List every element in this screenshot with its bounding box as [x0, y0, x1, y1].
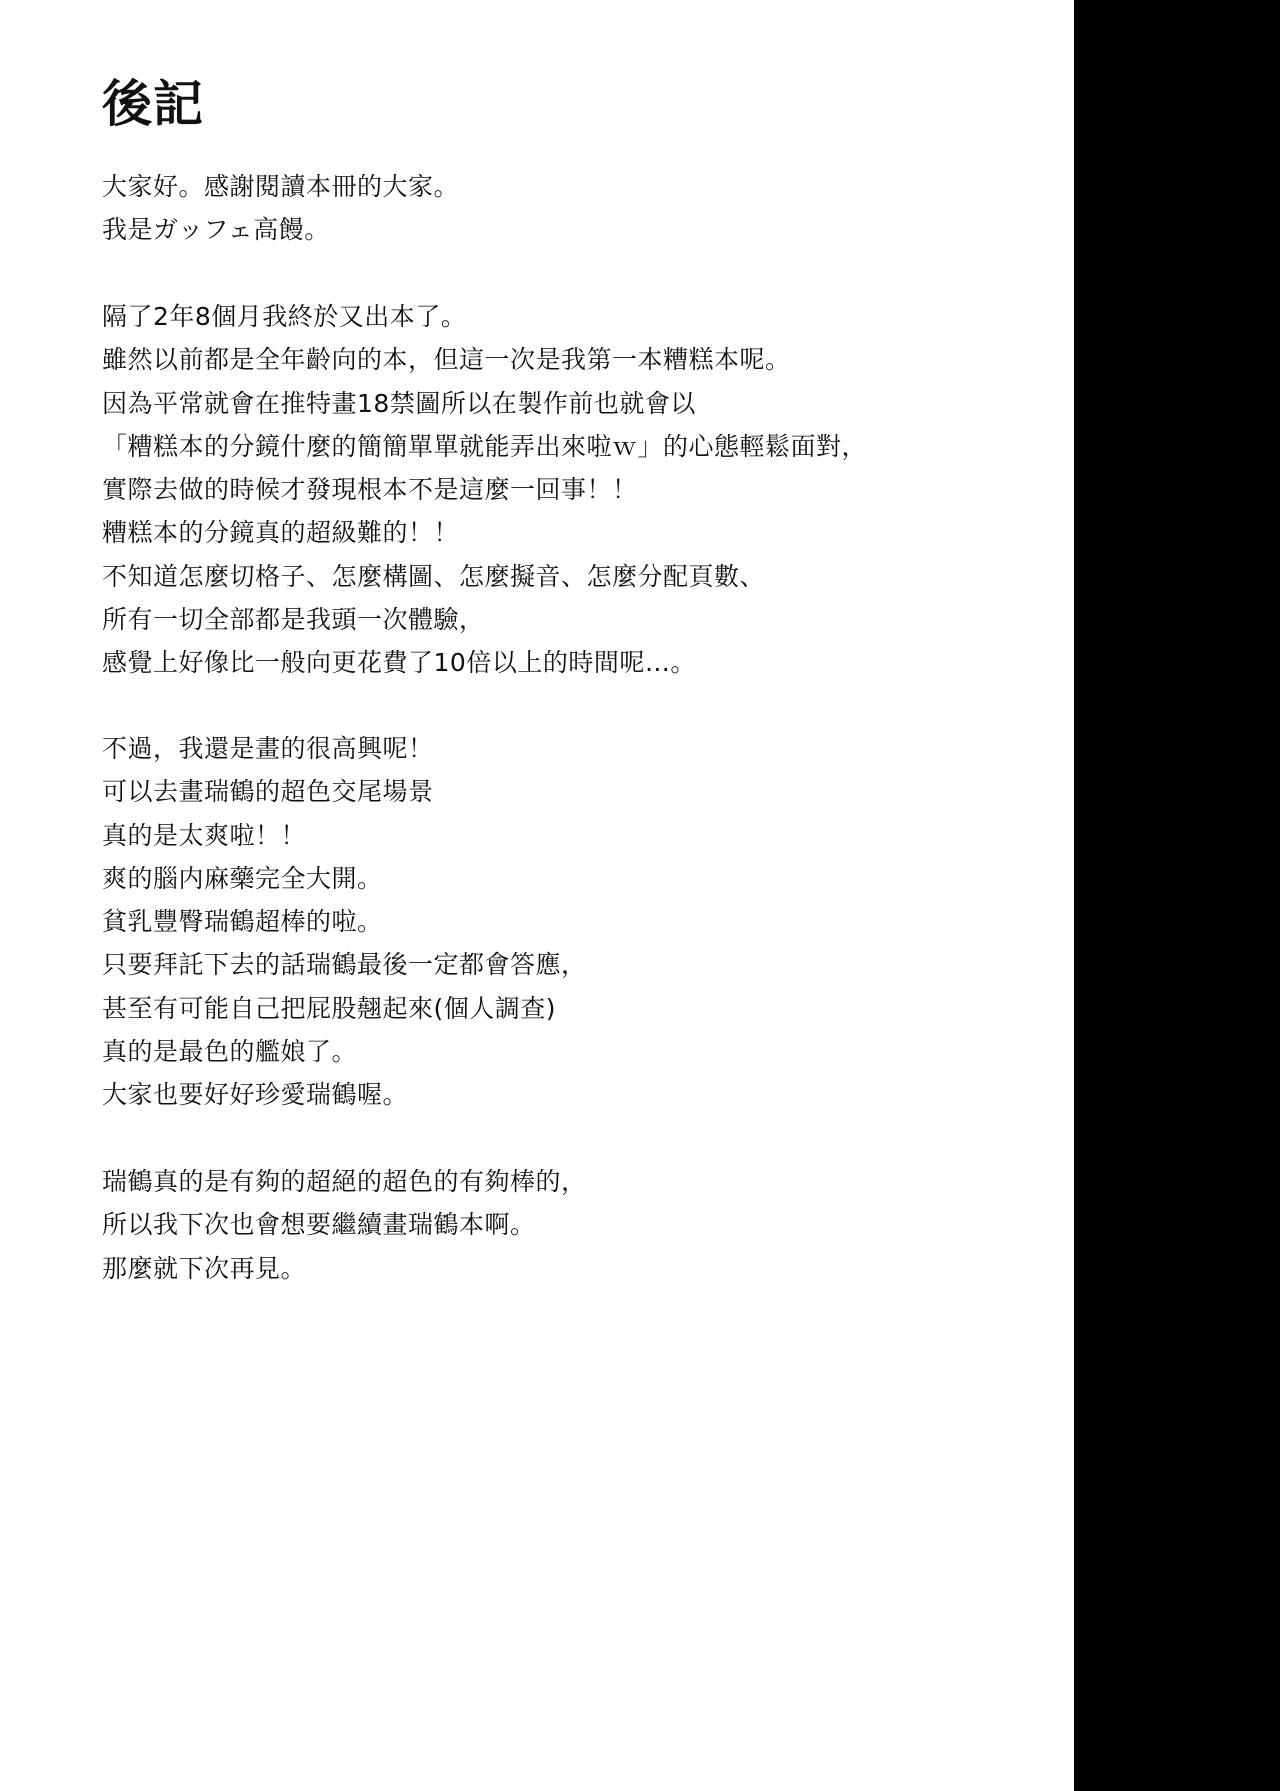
text-line: 隔了2年8個月我終於又出本了。 — [102, 295, 867, 338]
text-line: 貧乳豐臀瑞鶴超棒的啦。 — [102, 900, 587, 943]
text-line: 那麼就下次再見。 — [102, 1247, 587, 1290]
text-line: 雖然以前都是全年齡向的本，但這一次是我第一本糟糕本呢。 — [102, 338, 867, 381]
paragraph-enjoyment: 不過，我還是畫的很高興呢！ 可以去畫瑞鶴的超色交尾場景 真的是太爽啦！！ 爽的腦… — [102, 727, 587, 1117]
text-line: 大家也要好好珍愛瑞鶴喔。 — [102, 1073, 587, 1116]
text-line: 感覺上好像比一般向更花費了10倍以上的時間呢…。 — [102, 641, 867, 684]
text-line: 甚至有可能自己把屁股翹起來(個人調查) — [102, 987, 587, 1030]
text-line: 真的是最色的艦娘了。 — [102, 1030, 587, 1073]
text-line: 只要拜託下去的話瑞鶴最後一定都會答應， — [102, 943, 587, 986]
text-line: 不知道怎麼切格子、怎麼構圖、怎麼擬音、怎麼分配頁數、 — [102, 555, 867, 598]
paragraph-making-of: 隔了2年8個月我終於又出本了。 雖然以前都是全年齡向的本，但這一次是我第一本糟糕… — [102, 295, 867, 685]
text-line: 所以我下次也會想要繼續畫瑞鶴本啊。 — [102, 1203, 587, 1246]
text-line: 瑞鶴真的是有夠的超絕的超色的有夠棒的， — [102, 1160, 587, 1203]
paragraph-greeting: 大家好。感謝閱讀本冊的大家。 我是ガッフェ高饅。 — [102, 165, 459, 252]
text-line: 所有一切全部都是我頭一次體驗， — [102, 598, 867, 641]
paragraph-closing: 瑞鶴真的是有夠的超絕的超色的有夠棒的， 所以我下次也會想要繼續畫瑞鶴本啊。 那麼… — [102, 1160, 587, 1290]
text-line: 「糟糕本的分鏡什麼的簡簡單單就能弄出來啦ｗ」的心態輕鬆面對， — [102, 425, 867, 468]
text-line: 可以去畫瑞鶴的超色交尾場景 — [102, 770, 587, 813]
text-line: 我是ガッフェ高饅。 — [102, 208, 459, 251]
text-line: 因為平常就會在推特畫18禁圖所以在製作前也就會以 — [102, 382, 867, 425]
text-line: 大家好。感謝閱讀本冊的大家。 — [102, 165, 459, 208]
text-line: 糟糕本的分鏡真的超級難的！！ — [102, 511, 867, 554]
text-line: 實際去做的時候才發現根本不是這麼一回事！！ — [102, 468, 867, 511]
page-title: 後記 — [102, 74, 204, 134]
text-line: 真的是太爽啦！！ — [102, 814, 587, 857]
right-margin-bar — [1074, 0, 1280, 1791]
afterword-page: 後記 大家好。感謝閱讀本冊的大家。 我是ガッフェ高饅。 隔了2年8個月我終於又出… — [0, 0, 1280, 1791]
text-line: 不過，我還是畫的很高興呢！ — [102, 727, 587, 770]
text-line: 爽的腦内麻藥完全大開。 — [102, 857, 587, 900]
